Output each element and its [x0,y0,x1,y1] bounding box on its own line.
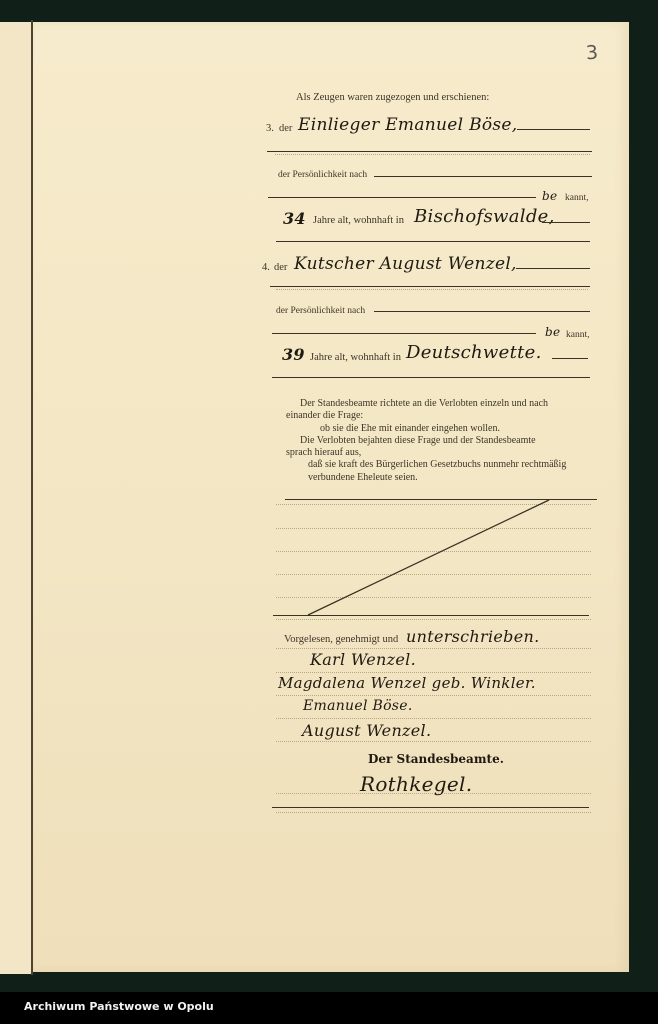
dotted-rule [276,695,591,696]
archive-name: Archiwum Państwowe w Opolu [24,1000,214,1013]
read-approved-label: Vorgelesen, genehmigt und [284,634,398,645]
bottom-rule [272,807,589,808]
signature-1: Karl Wenzel. [310,650,416,669]
dotted-rule [276,672,591,673]
signature-3: Emanuel Böse. [303,698,413,714]
dotted-rule [276,812,591,813]
cancellation-diagonal [0,0,658,1024]
read-approved-handwritten: unterschrieben. [406,627,539,646]
signature-2: Magdalena Wenzel geb. Winkler. [278,674,536,692]
dotted-rule [276,741,591,742]
signature-4: August Wenzel. [302,721,431,740]
registrar-label: Der Standesbeamte. [368,752,504,766]
dotted-rule [276,718,591,719]
dotted-rule [276,793,591,794]
dotted-rule [276,648,591,649]
archive-footer: Archiwum Państwowe w Opolu [0,992,658,1024]
